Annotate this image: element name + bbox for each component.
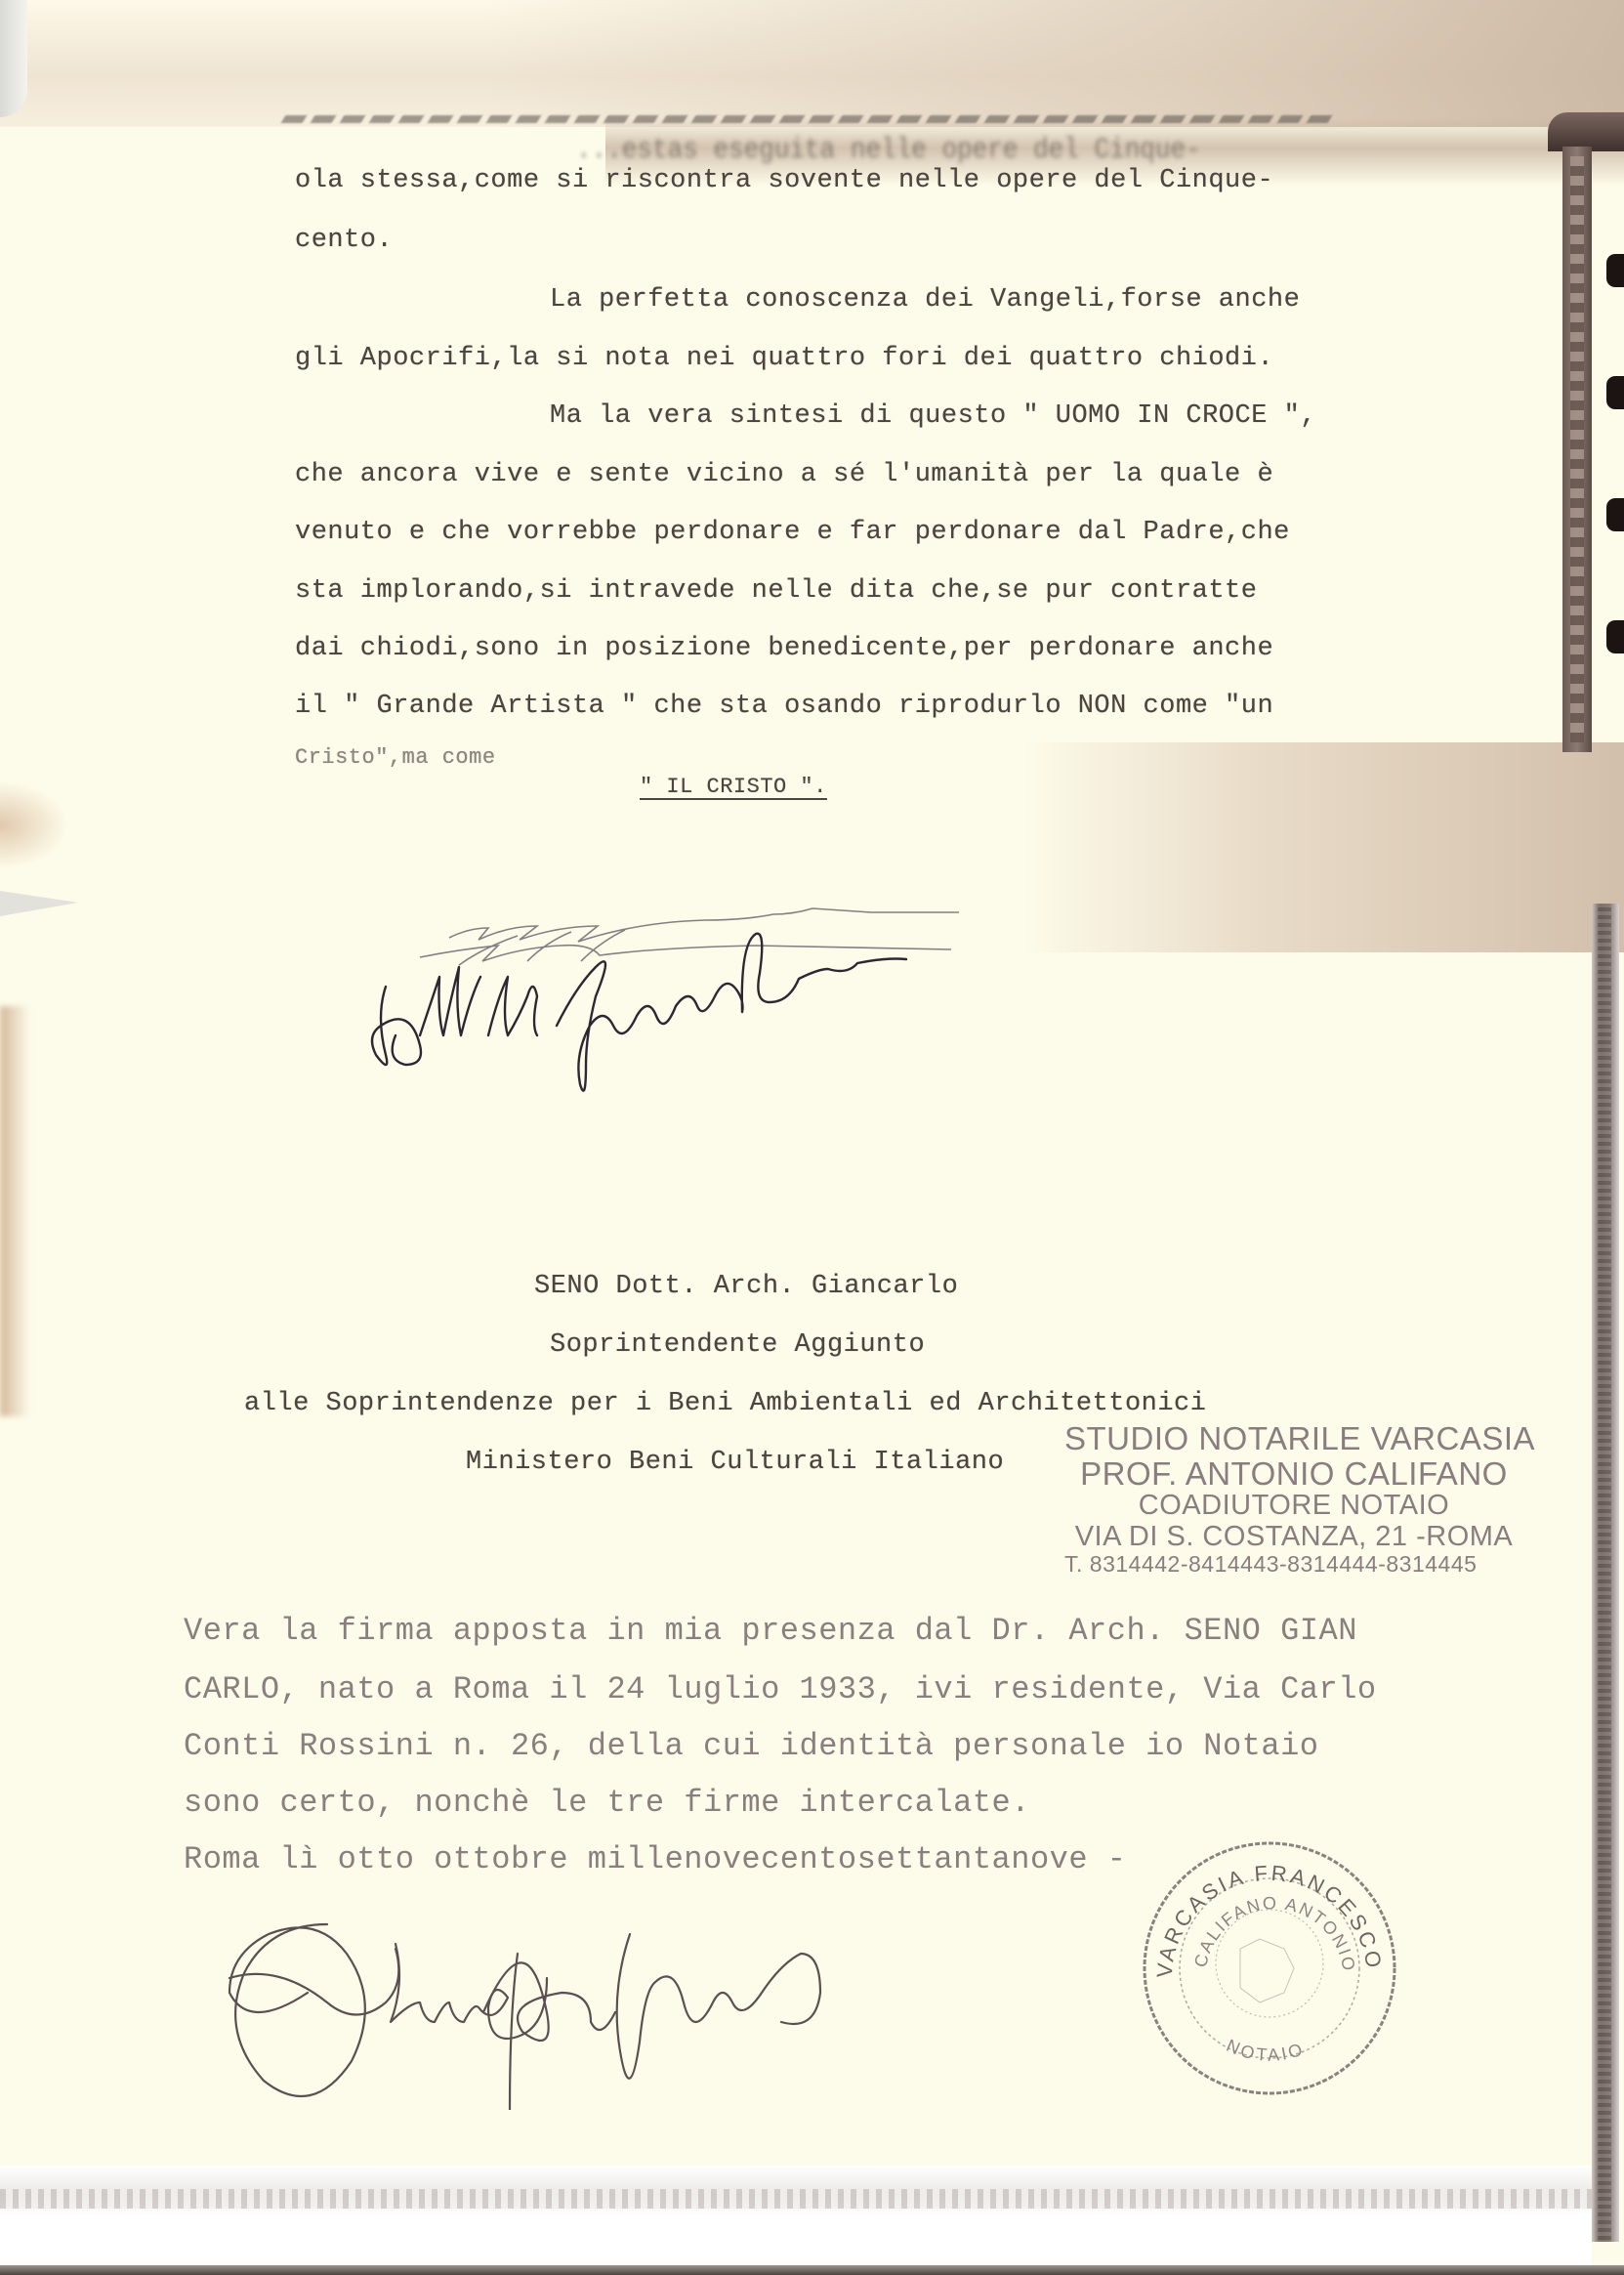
notary-stamp: STUDIO NOTARILE VARCASIA PROF. ANTONIO C… bbox=[1064, 1421, 1523, 1577]
notary-line-5: Roma lì otto ottobre millenovecentosetta… bbox=[184, 1844, 1126, 1875]
closing-title: " IL CRISTO ". bbox=[640, 777, 827, 798]
notary-line-1: Vera la firma apposta in mia presenza da… bbox=[184, 1616, 1357, 1647]
stamp-line-5: T. 8314442-8414443-8314444-8314445 bbox=[1064, 1552, 1523, 1577]
page-overlap-shadow bbox=[1025, 742, 1624, 952]
author-role: Soprintendente Aggiunto bbox=[550, 1332, 925, 1359]
binder-strip-right bbox=[1592, 904, 1619, 2242]
notary-signature bbox=[220, 1895, 1177, 2110]
body-line-10: il " Grande Artista " che sta osando rip… bbox=[295, 694, 1273, 720]
stamp-line-1: STUDIO NOTARILE VARCASIA bbox=[1064, 1421, 1523, 1456]
body-line-2: cento. bbox=[295, 228, 393, 254]
body-line-1: ola stessa,come si riscontra sovente nel… bbox=[295, 168, 1273, 194]
ghost-typed-line-2: ...estas eseguita nelle opere del Cinque… bbox=[576, 133, 1201, 167]
scanner-edge bbox=[0, 2265, 1624, 2275]
stamp-line-4: VIA DI S. COSTANZA, 21 -ROMA bbox=[1064, 1522, 1523, 1552]
body-line-6: che ancora vive e sente vicino a sé l'um… bbox=[295, 462, 1273, 488]
ghost-typed-line bbox=[281, 115, 1341, 123]
author-name: SENO Dott. Arch. Giancarlo bbox=[534, 1274, 958, 1300]
page-edge-left bbox=[0, 0, 27, 117]
binder-holes bbox=[1606, 254, 1624, 723]
paper-stain bbox=[0, 1006, 29, 1416]
paper-stain bbox=[0, 781, 68, 869]
stamp-line-3: COADIUTORE NOTAIO bbox=[1064, 1491, 1523, 1521]
author-signature bbox=[361, 879, 986, 1094]
body-line-9: dai chiodi,sono in posizione benedicente… bbox=[295, 636, 1273, 662]
notary-line-2: CARLO, nato a Roma il 24 luglio 1933, iv… bbox=[184, 1674, 1377, 1706]
body-line-3: La perfetta conoscenza dei Vangeli,forse… bbox=[550, 287, 1300, 314]
body-line-11: Cristo",ma come bbox=[295, 747, 496, 769]
notary-line-4: sono certo, nonchè le tre firme intercal… bbox=[184, 1788, 1030, 1819]
body-line-5: Ma la vera sintesi di questo " UOMO IN C… bbox=[550, 403, 1316, 430]
scan-shadow-top bbox=[0, 0, 1624, 127]
page-corner-notch bbox=[0, 891, 78, 916]
scanner-margin bbox=[0, 2214, 1592, 2265]
stamp-line-2: PROF. ANTONIO CALIFANO bbox=[1064, 1456, 1523, 1492]
author-office: alle Soprintendenze per i Beni Ambiental… bbox=[244, 1391, 1206, 1417]
binder-clip-top bbox=[1548, 112, 1624, 151]
binder-strip-top bbox=[1562, 147, 1592, 752]
notary-line-3: Conti Rossini n. 26, della cui identità … bbox=[184, 1731, 1318, 1762]
binder-strip-bottom bbox=[0, 2166, 1592, 2214]
body-line-8: sta implorando,si intravede nelle dita c… bbox=[295, 578, 1257, 605]
svg-text:NOTAIO: NOTAIO bbox=[1224, 2036, 1308, 2065]
body-line-4: gli Apocrifi,la si nota nei quattro fori… bbox=[295, 346, 1273, 372]
seal-bottom-text: NOTAIO bbox=[1224, 2036, 1308, 2065]
body-line-7: venuto e che vorrebbe perdonare e far pe… bbox=[295, 520, 1290, 546]
author-ministry: Ministero Beni Culturali Italiano bbox=[466, 1450, 1004, 1476]
